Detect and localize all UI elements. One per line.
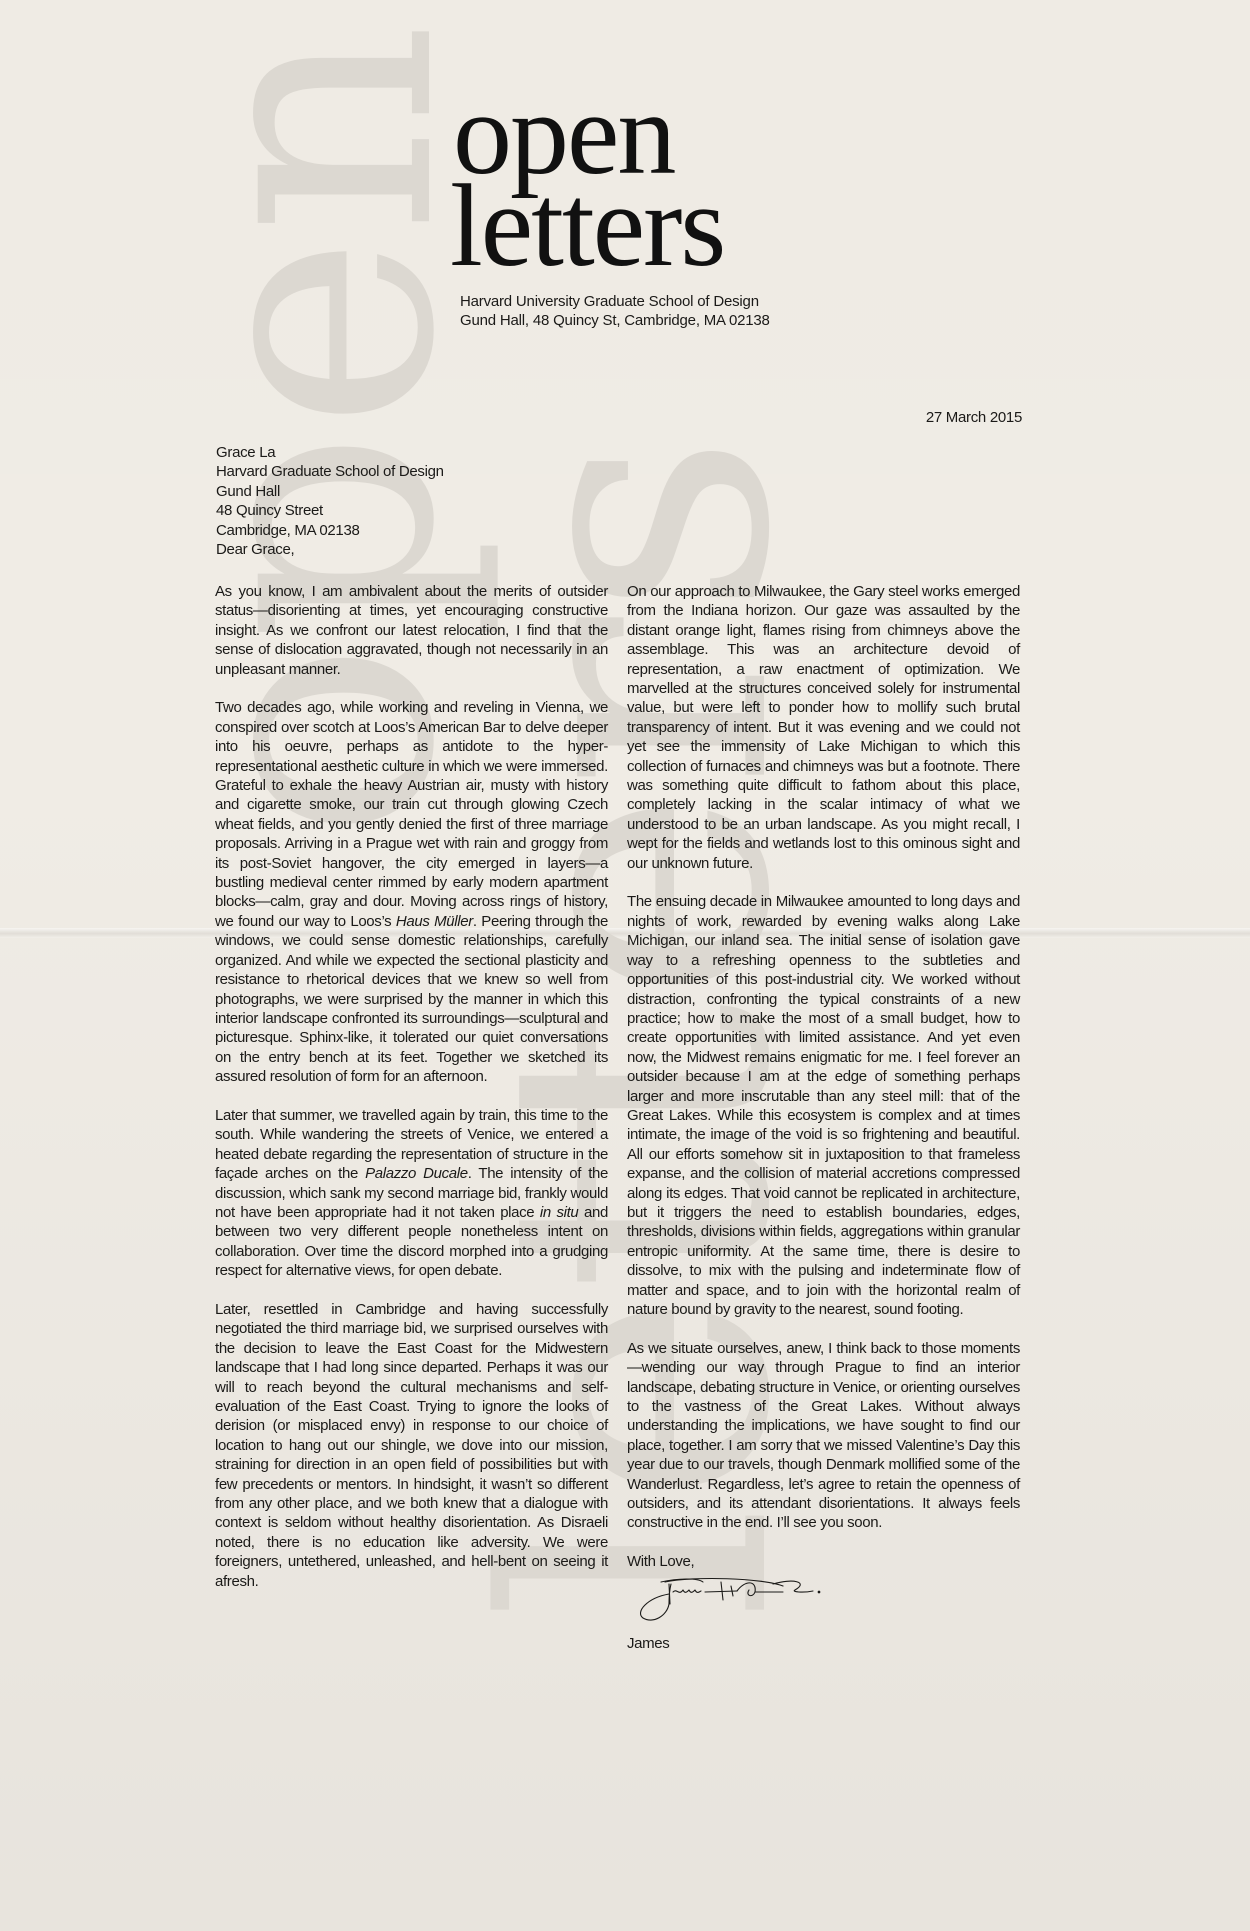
letter-date: 27 March 2015 [926,409,1022,426]
italic-title-palazzo-ducale: Palazzo Ducale [365,1165,468,1182]
italic-title-haus-muller: Haus Müller [396,913,473,930]
masthead: open letters Harvard University Graduate… [450,88,810,330]
paragraph-text: Two decades ago, while working and revel… [215,699,608,929]
paragraph: As you know, I am ambivalent about the m… [215,582,608,679]
signer-name: James [627,1634,1020,1653]
recipient-name: Grace La [216,443,444,462]
body-column-left: As you know, I am ambivalent about the m… [215,582,608,1610]
paragraph: Later, resettled in Cambridge and having… [215,1300,608,1591]
paragraph: On our approach to Milwaukee, the Gary s… [627,582,1020,873]
salutation: Dear Grace, [216,541,294,558]
paragraph: Two decades ago, while working and revel… [215,698,608,1086]
italic-in-situ: in situ [540,1204,579,1221]
recipient-street: 48 Quincy Street [216,501,444,520]
paragraph: The ensuing decade in Milwaukee amounted… [627,892,1020,1319]
paragraph: Later that summer, we travelled again by… [215,1106,608,1281]
recipient-building: Gund Hall [216,482,444,501]
masthead-title-letters: letters [450,180,810,272]
closing: With Love, [627,1552,1020,1571]
paper-fold-line [0,928,1250,938]
recipient-organization: Harvard Graduate School of Design [216,462,444,481]
paragraph: As we situate ourselves, anew, I think b… [627,1339,1020,1533]
body-column-right: On our approach to Milwaukee, the Gary s… [627,582,1020,1653]
recipient-city: Cambridge, MA 02138 [216,521,444,540]
paragraph-text: . Peering through the windows, we could … [215,913,608,1085]
masthead-institution: Harvard University Graduate School of De… [460,292,810,311]
masthead-address: Gund Hall, 48 Quincy St, Cambridge, MA 0… [460,311,810,330]
recipient-address: Grace La Harvard Graduate School of Desi… [216,443,444,540]
signature-icon [633,1574,833,1634]
masthead-subtitle: Harvard University Graduate School of De… [460,292,810,330]
